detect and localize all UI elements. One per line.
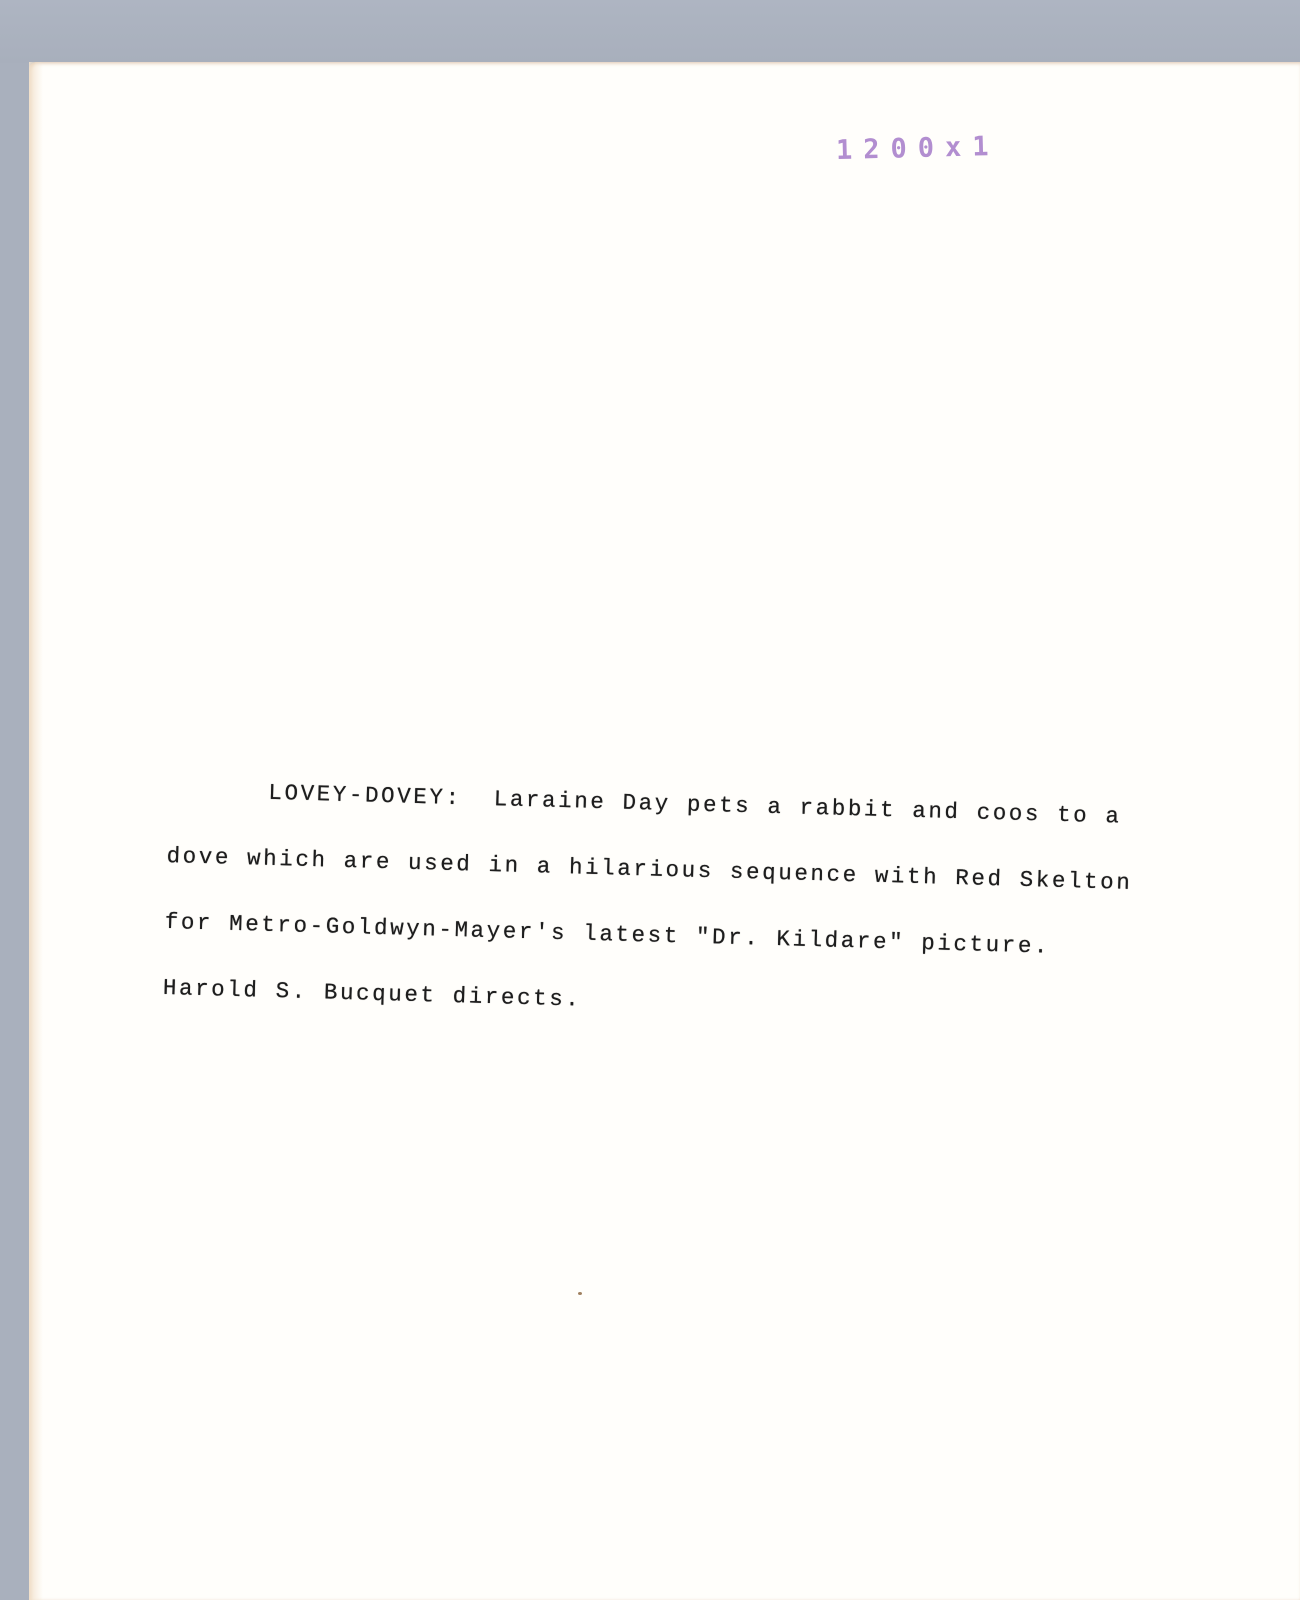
caption-line-4: Harold S. Bucquet directs.: [163, 977, 1129, 1026]
caption-line-3: for Metro-Goldwyn-Mayer's latest "Dr. Ki…: [164, 911, 1130, 960]
paper-speck: [578, 1292, 582, 1295]
inventory-stamp: 1200x1: [836, 131, 1000, 166]
caption-line-1: LOVEY-DOVEY: Laraine Day pets a rabbit a…: [168, 779, 1134, 828]
scanner-backdrop: [0, 0, 1300, 63]
caption-line-2: dove which are used in a hilarious seque…: [166, 845, 1132, 894]
typed-caption: LOVEY-DOVEY: Laraine Day pets a rabbit a…: [162, 735, 1136, 1048]
